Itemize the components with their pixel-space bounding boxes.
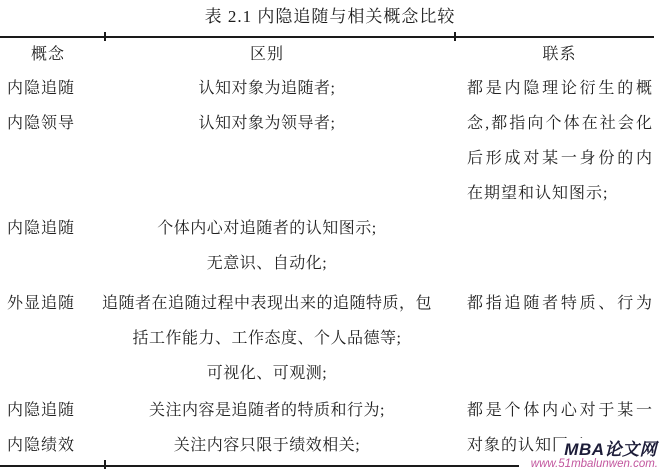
column-divider-tick xyxy=(104,460,106,469)
comparison-table: 概念 区别 联系 内隐追随 内隐领导 认知对象为追随者; 认知对象为领导者; 都… xyxy=(0,36,654,467)
table-header-row: 概念 区别 联系 xyxy=(0,38,654,71)
table-caption: 表 2.1 内隐追随与相关概念比较 xyxy=(0,0,660,36)
header-cell-difference: 区别 xyxy=(96,38,438,71)
text-line: 无意识、自动化; xyxy=(96,246,438,281)
row-group-implicit-followership-schema: 内隐追随 个体内心对追随者的认知图示; 无意识、自动化; xyxy=(0,211,654,281)
relation-cell: 都指追随者特质、行为 xyxy=(438,286,654,391)
text-line: 关注内容是追随者的特质和行为; xyxy=(96,393,438,428)
text-line: 可视化、可观测; xyxy=(96,356,438,391)
text-line: 个体内心对追随者的认知图示; xyxy=(96,211,438,246)
text-line: 内隐追随 xyxy=(0,71,96,106)
text-line: 都是个体内心对于某一 xyxy=(467,393,652,428)
text-line: 追随者在追随过程中表现出来的追随特质，包 xyxy=(96,286,438,321)
row-group-implicit-followership-vs-leadership: 内隐追随 内隐领导 认知对象为追随者; 认知对象为领导者; 都是内隐理论衍生的概… xyxy=(0,71,654,211)
text-line: 认知对象为领导者; xyxy=(96,106,438,141)
relation-cell xyxy=(438,211,654,281)
column-divider-tick xyxy=(454,32,456,41)
difference-cell: 认知对象为追随者; 认知对象为领导者; xyxy=(96,71,438,211)
text-line: 外显追随 xyxy=(0,286,96,321)
column-divider-tick xyxy=(104,32,106,41)
text-line: 都是内隐理论衍生的概 xyxy=(467,71,652,106)
text-line: 括工作能力、工作态度、个人品德等; xyxy=(96,321,438,356)
text-line: 内隐领导 xyxy=(0,106,96,141)
text-line: 后形成对某一身份的内 xyxy=(467,141,652,176)
text-line: 在期望和认知图示; xyxy=(467,176,652,211)
text-line: 内隐追随 xyxy=(0,393,96,428)
document-page: 表 2.1 内隐追随与相关概念比较 概念 区别 联系 内隐追随 内隐领导 认知对… xyxy=(0,0,660,471)
watermark: MBA论文网 www.51mbalunwen.com. xyxy=(519,438,658,471)
text-line: 认知对象为追随者; xyxy=(96,71,438,106)
header-cell-concept: 概念 xyxy=(0,38,96,71)
text-line: 内隐绩效 xyxy=(0,428,96,463)
concept-cell: 内隐追随 内隐绩效 xyxy=(0,393,96,463)
concept-cell: 外显追随 xyxy=(0,286,96,391)
relation-cell: 都是内隐理论衍生的概 念,都指向个体在社会化 后形成对某一身份的内 在期望和认知… xyxy=(438,71,654,211)
difference-cell: 追随者在追随过程中表现出来的追随特质，包 括工作能力、工作态度、个人品德等; 可… xyxy=(96,286,438,391)
watermark-brand: MBA论文网 xyxy=(555,438,658,459)
difference-cell: 个体内心对追随者的认知图示; 无意识、自动化; xyxy=(96,211,438,281)
difference-cell: 关注内容是追随者的特质和行为; 关注内容只限于绩效相关; xyxy=(96,393,438,463)
text-line: 关注内容只限于绩效相关; xyxy=(96,428,438,463)
text-line: 都指追随者特质、行为 xyxy=(467,286,652,321)
watermark-url: www.51mbalunwen.com. xyxy=(519,458,658,471)
text-line: 念,都指向个体在社会化 xyxy=(467,106,652,141)
header-cell-relation: 联系 xyxy=(438,38,654,71)
concept-cell: 内隐追随 xyxy=(0,211,96,281)
text-line: 内隐追随 xyxy=(0,211,96,246)
row-group-explicit-followership: 外显追随 追随者在追随过程中表现出来的追随特质，包 括工作能力、工作态度、个人品… xyxy=(0,281,654,391)
concept-cell: 内隐追随 内隐领导 xyxy=(0,71,96,211)
